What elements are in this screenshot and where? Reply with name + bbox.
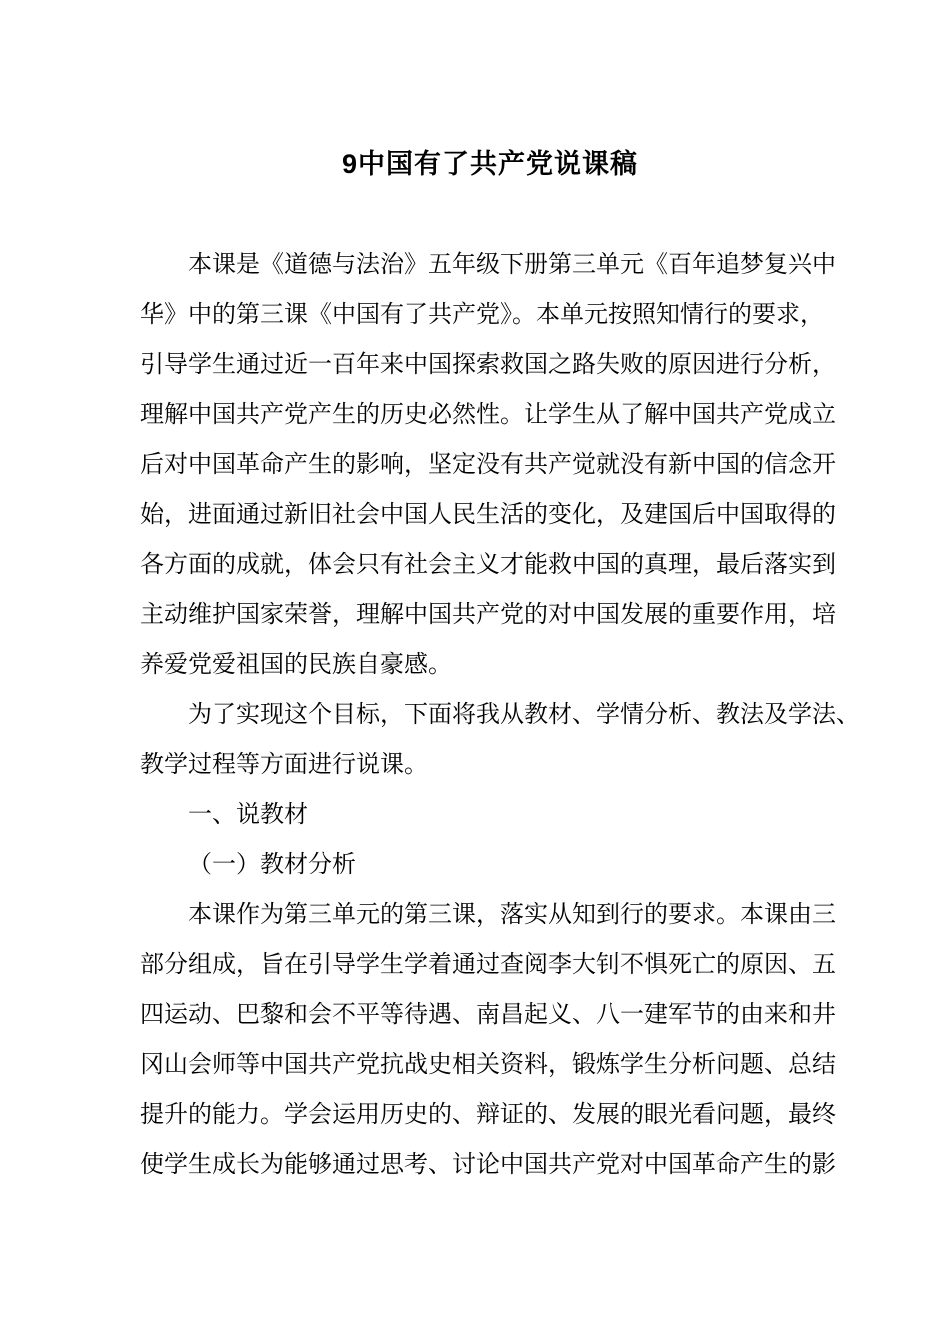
paragraph-1: 本课是《道德与法治》五年级下册第三单元《百年追梦复兴中 华》中的第三课《中国有了… xyxy=(140,240,840,690)
text-line: 引导学生通过近一百年来中国探索救国之路失败的原因进行分析， xyxy=(140,340,840,390)
text-line: 理解中国共产党产生的历史必然性。让学生从了解中国共产党成立 xyxy=(140,390,840,440)
text-line: 主动维护国家荣誉，理解中国共产党的对中国发展的重要作用，培 xyxy=(140,590,840,640)
text-line: 各方面的成就，体会只有社会主义才能救中国的真理，最后落实到 xyxy=(140,540,840,590)
text-line: 冈山会师等中国共产党抗战史相关资料，锻炼学生分析问题、总结 xyxy=(140,1040,840,1090)
text-line: 使学生成长为能够通过思考、讨论中国共产党对中国革命产生的影 xyxy=(140,1140,840,1190)
section-heading-shuo-jiaocai: 一、说教材 xyxy=(140,790,840,840)
text-line: 本课作为第三单元的第三课，落实从知到行的要求。本课由三 xyxy=(140,890,840,940)
text-line: 为了实现这个目标，下面将我从教材、学情分析、教法及学法、 xyxy=(140,690,840,740)
text-line: 养爱党爱祖国的民族自豪感。 xyxy=(140,640,840,690)
section-heading-jiaocai-fenxi: （一）教材分析 xyxy=(140,840,840,890)
text-line: 一、说教材 xyxy=(140,790,840,840)
paragraph-2: 为了实现这个目标，下面将我从教材、学情分析、教法及学法、 教学过程等方面进行说课… xyxy=(140,690,840,790)
paragraph-5: 本课作为第三单元的第三课，落实从知到行的要求。本课由三 部分组成，旨在引导学生学… xyxy=(140,890,840,1190)
text-line: 四运动、巴黎和会不平等待遇、南昌起义、八一建军节的由来和井 xyxy=(140,990,840,1040)
text-line: 教学过程等方面进行说课。 xyxy=(140,740,840,790)
text-line: （一）教材分析 xyxy=(140,840,840,890)
document-page: 9中国有了共产党说课稿 本课是《道德与法治》五年级下册第三单元《百年追梦复兴中 … xyxy=(0,0,950,1344)
document-title: 9中国有了共产党说课稿 xyxy=(140,144,840,184)
text-line: 部分组成，旨在引导学生学着通过查阅李大钊不惧死亡的原因、五 xyxy=(140,940,840,990)
text-line: 后对中国革命产生的影响，坚定没有共产觉就没有新中国的信念开 xyxy=(140,440,840,490)
text-line: 提升的能力。学会运用历史的、辩证的、发展的眼光看问题，最终 xyxy=(140,1090,840,1140)
text-line: 始，进面通过新旧社会中国人民生活的变化，及建国后中国取得的 xyxy=(140,490,840,540)
text-line: 华》中的第三课《中国有了共产党》。本单元按照知情行的要求， xyxy=(140,290,840,340)
document-body: 本课是《道德与法治》五年级下册第三单元《百年追梦复兴中 华》中的第三课《中国有了… xyxy=(140,240,840,1190)
text-line: 本课是《道德与法治》五年级下册第三单元《百年追梦复兴中 xyxy=(140,240,840,290)
